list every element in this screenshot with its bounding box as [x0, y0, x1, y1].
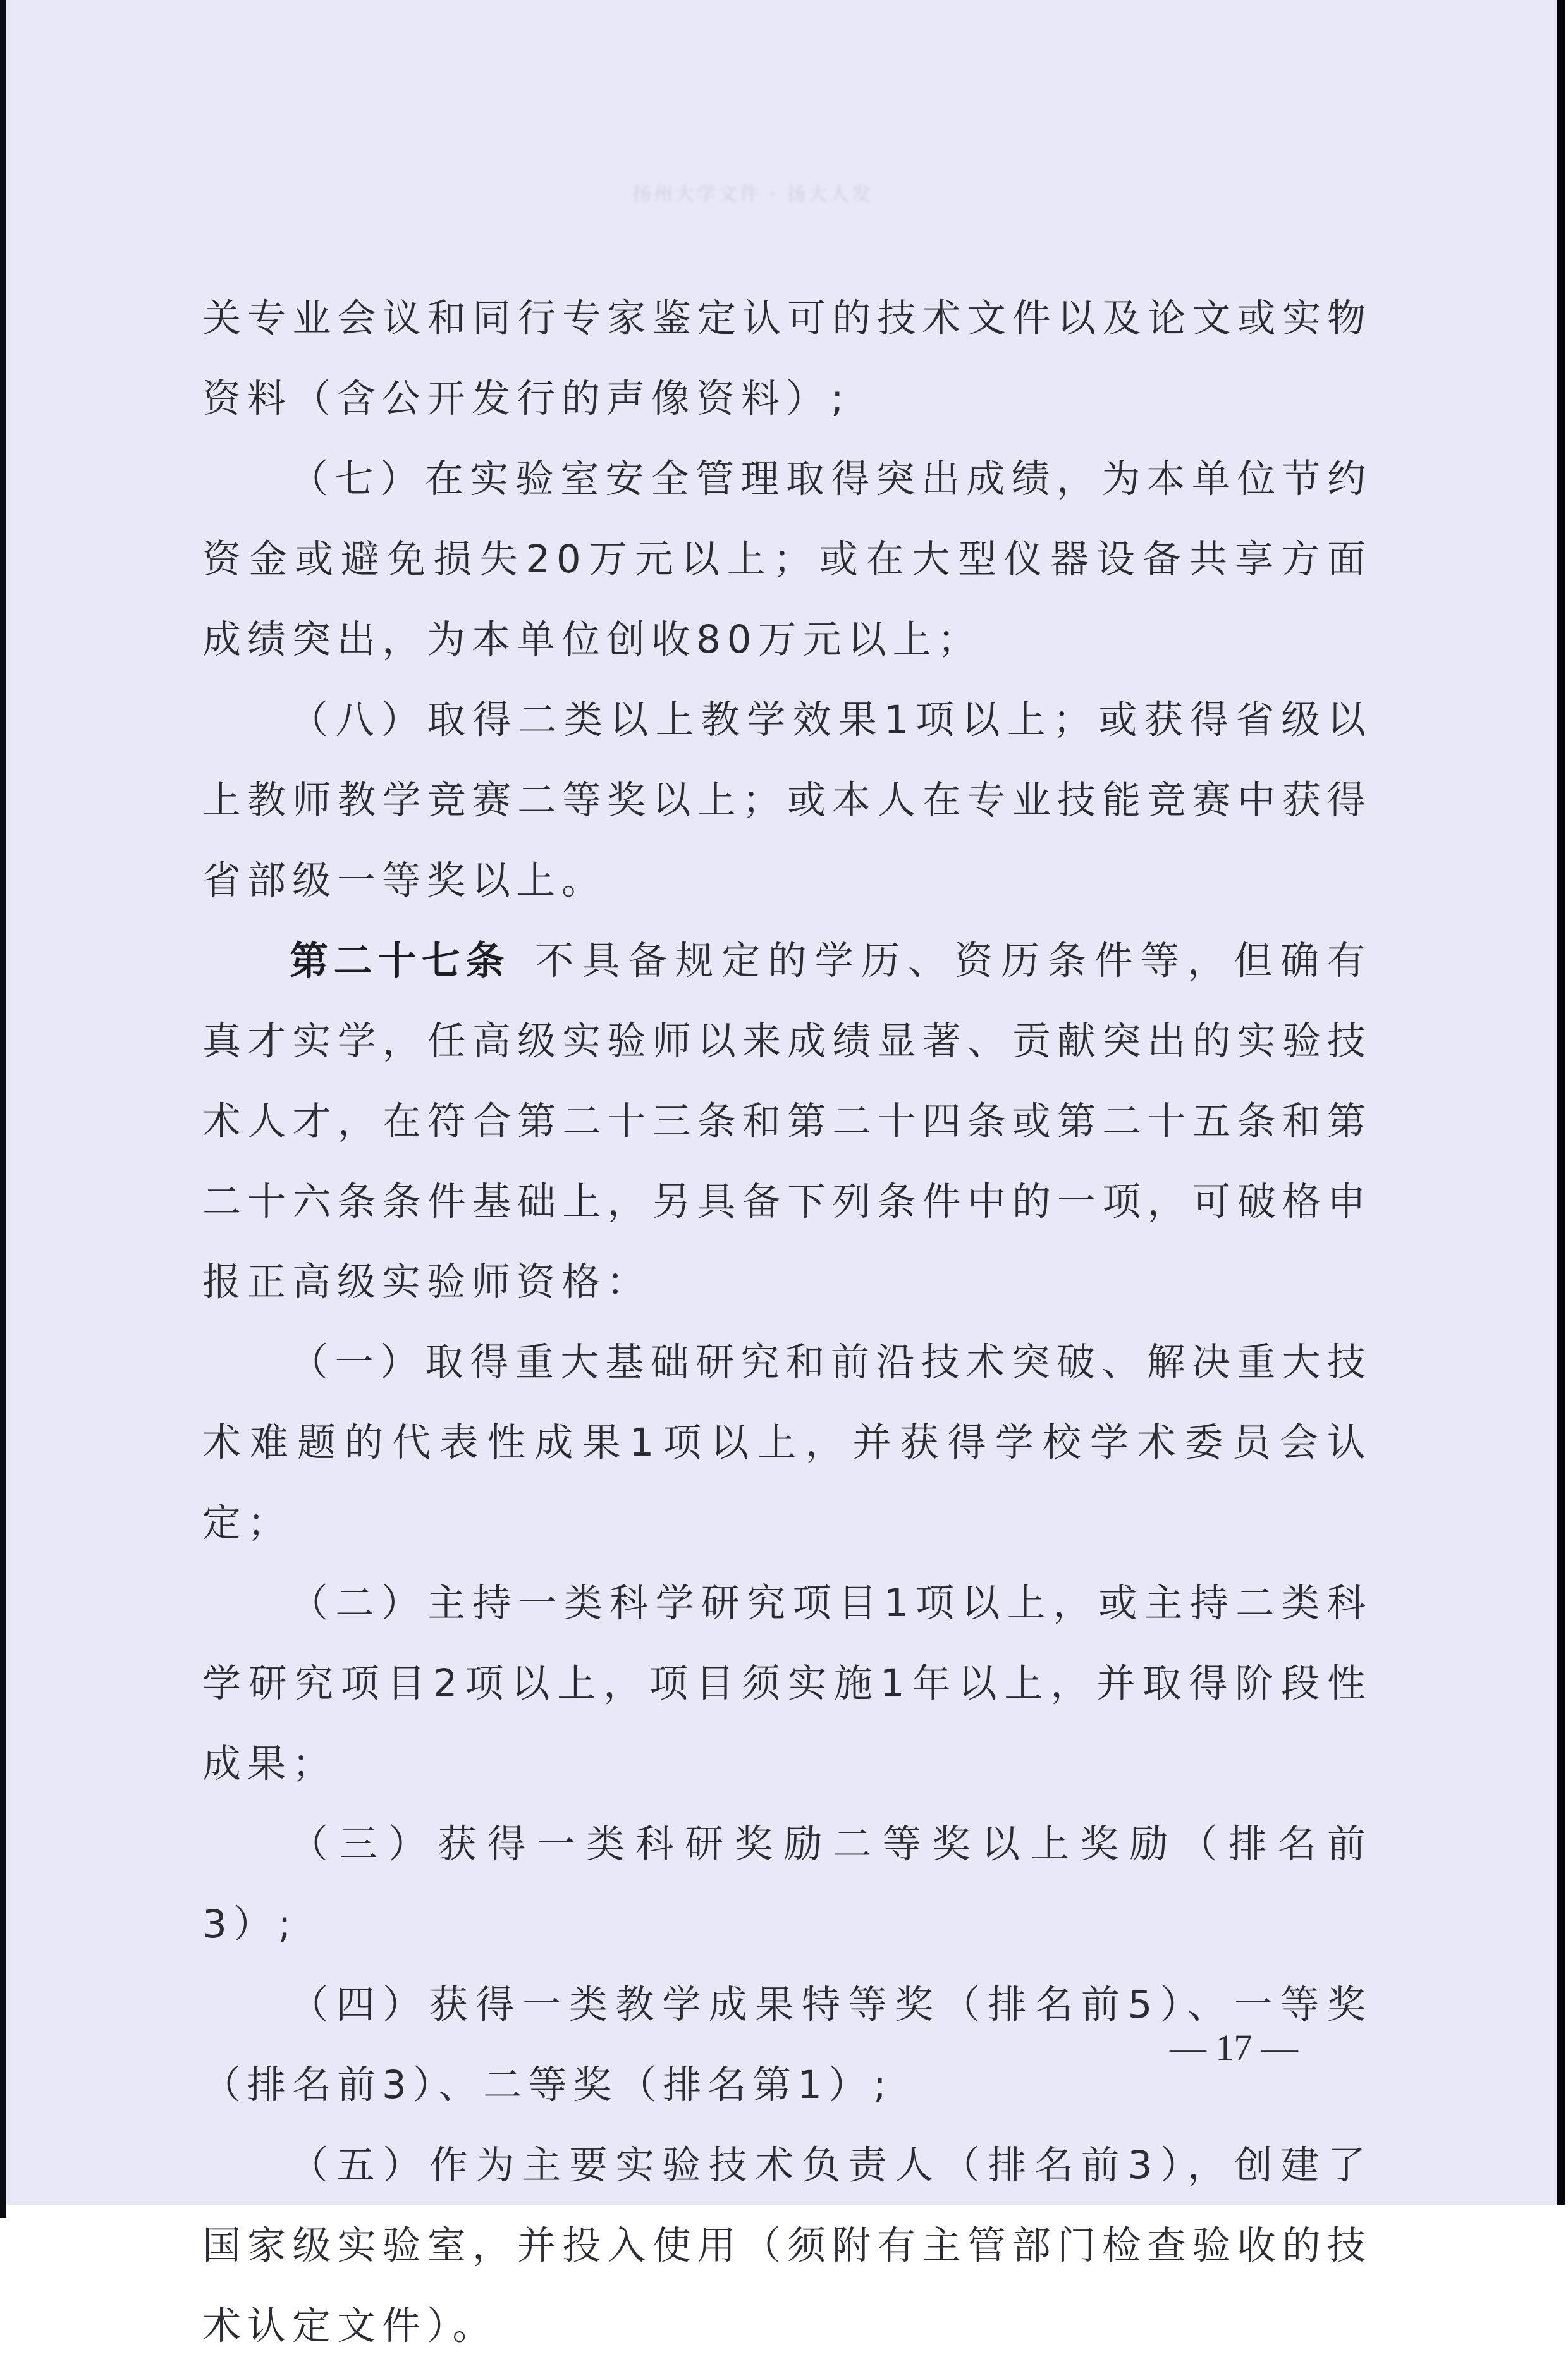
article-27: 第二十七条不具备规定的学历、资历条件等，但确有真才实学，任高级实验师以来成绩显著… — [202, 921, 1372, 1322]
document-body: 关专业会议和同行专家鉴定认可的技术文件以及论文或实物资料（含公开发行的声像资料）… — [202, 278, 1372, 2218]
article-27-title: 第二十七条 — [290, 938, 510, 983]
scan-edge-right — [1557, 0, 1565, 2205]
paragraph-item-6-continued: 关专业会议和同行专家鉴定认可的技术文件以及论文或实物资料（含公开发行的声像资料）… — [202, 278, 1372, 439]
article-27-item-2: （二）主持一类科学研究项目1项以上，或主持二类科学研究项目2项以上，项目须实施1… — [202, 1563, 1372, 1804]
faded-header-bleedthrough: 扬州大学文件 · 扬大人发 — [632, 178, 910, 204]
scanned-page-canvas: 扬州大学文件 · 扬大人发 关专业会议和同行专家鉴定认可的技术文件以及论文或实物… — [0, 0, 1568, 2218]
scan-edge-left — [0, 0, 6, 2218]
paragraph-item-8: （八）取得二类以上教学效果1项以上；或获得省级以上教师教学竞赛二等奖以上；或本人… — [202, 680, 1372, 921]
article-27-text: 不具备规定的学历、资历条件等，但确有真才实学，任高级实验师以来成绩显著、贡献突出… — [202, 938, 1372, 1304]
page-number: — 17 — — [1170, 2026, 1298, 2069]
article-27-item-3: （三）获得一类科研奖励二等奖以上奖励（排名前3）; — [202, 1804, 1372, 1965]
article-27-item-1: （一）取得重大基础研究和前沿技术突破、解决重大技术难题的代表性成果1项以上，并获… — [202, 1322, 1372, 1563]
article-27-item-5: （五）作为主要实验技术负责人（排名前3），创建了国家级实验室，并投入使用（须附有… — [202, 2125, 1372, 2218]
paragraph-item-7: （七）在实验室安全管理取得突出成绩，为本单位节约资金或避免损失20万元以上；或在… — [202, 439, 1372, 680]
